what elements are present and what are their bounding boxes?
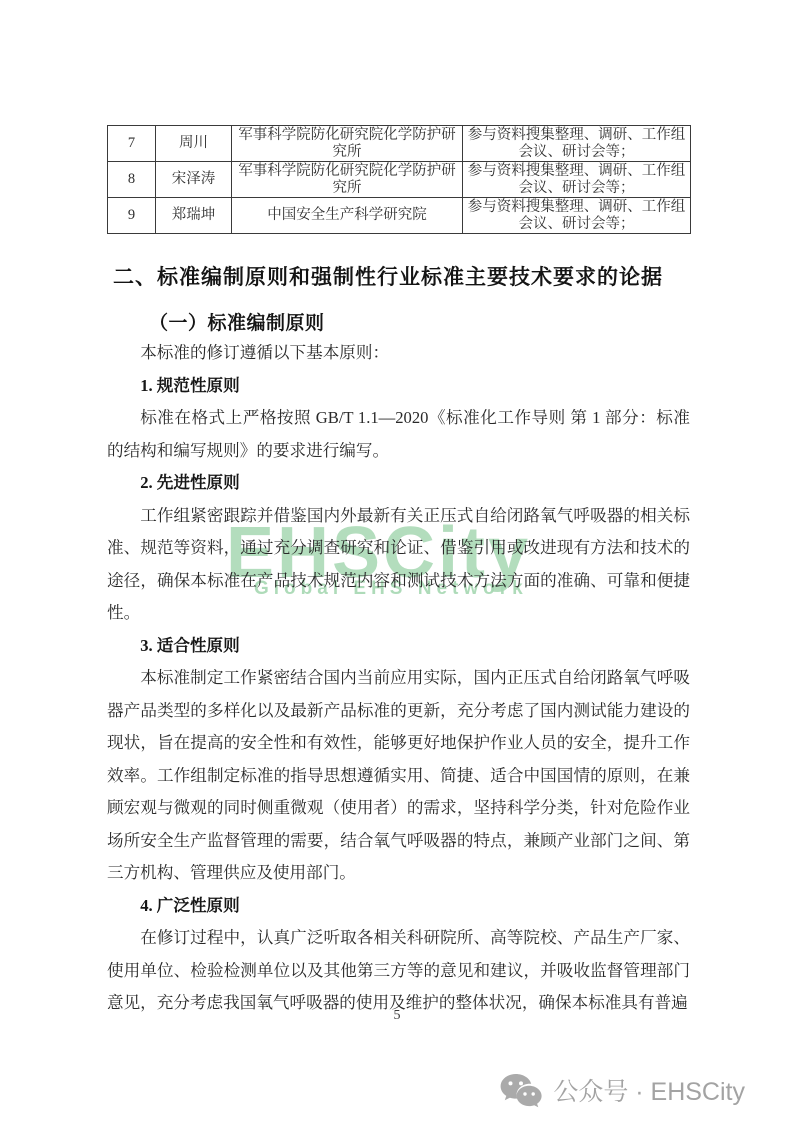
- organization-cell: 军事科学院防化研究院化学防护研究所: [232, 126, 463, 162]
- organization-cell: 中国安全生产科学研究院: [232, 198, 463, 234]
- row-number-cell: 9: [108, 198, 156, 234]
- principle-2-heading: 2. 先进性原则: [107, 467, 690, 500]
- principle-3-body: 本标准制定工作紧密结合国内当前应用实际，国内正压式自给闭路氧气呼吸器产品类型的多…: [107, 662, 690, 890]
- wechat-icon: [500, 1073, 542, 1108]
- wechat-footer: 公众号 · EHSCity: [500, 1072, 745, 1108]
- member-name-cell: 郑瑞坤: [156, 198, 232, 234]
- member-name-cell: 周川: [156, 126, 232, 162]
- role-cell: 参与资料搜集整理、调研、工作组会议、研讨会等；: [463, 198, 691, 234]
- row-number-cell: 8: [108, 162, 156, 198]
- intro-paragraph: 本标准的修订遵循以下基本原则：: [107, 337, 690, 370]
- subsection-title: （一）标准编制原则: [149, 311, 690, 337]
- wechat-account-label: 公众号 · EHSCity: [553, 1072, 745, 1108]
- table-row: 8 宋泽涛 军事科学院防化研究院化学防护研究所 参与资料搜集整理、调研、工作组会…: [108, 162, 691, 198]
- principle-1-body: 标准在格式上严格按照 GB/T 1.1—2020《标准化工作导则 第 1 部分：…: [107, 402, 690, 467]
- table-row: 9 郑瑞坤 中国安全生产科学研究院 参与资料搜集整理、调研、工作组会议、研讨会等…: [108, 198, 691, 234]
- contributors-table: 7 周川 军事科学院防化研究院化学防护研究所 参与资料搜集整理、调研、工作组会议…: [107, 125, 691, 234]
- principle-4-heading: 4. 广泛性原则: [107, 890, 690, 923]
- principle-3-heading: 3. 适合性原则: [107, 630, 690, 663]
- row-number-cell: 7: [108, 126, 156, 162]
- principle-1-heading: 1. 规范性原则: [107, 370, 690, 403]
- role-cell: 参与资料搜集整理、调研、工作组会议、研讨会等；: [463, 162, 691, 198]
- organization-cell: 军事科学院防化研究院化学防护研究所: [232, 162, 463, 198]
- role-cell: 参与资料搜集整理、调研、工作组会议、研讨会等；: [463, 126, 691, 162]
- document-page: EHSCity Global EHS Network 7 周川 军事科学院防化研…: [0, 0, 794, 1123]
- page-number: 5: [0, 1008, 794, 1024]
- principle-2-body: 工作组紧密跟踪并借鉴国内外最新有关正压式自给闭路氧气呼吸器的相关标准、规范等资料…: [107, 500, 690, 630]
- member-name-cell: 宋泽涛: [156, 162, 232, 198]
- principle-4-body: 在修订过程中，认真广泛听取各相关科研院所、高等院校、产品生产厂家、使用单位、检验…: [107, 922, 690, 1020]
- document-content: 7 周川 军事科学院防化研究院化学防护研究所 参与资料搜集整理、调研、工作组会议…: [107, 125, 690, 1020]
- section-title: 二、标准编制原则和强制性行业标准主要技术要求的论据: [113, 264, 690, 292]
- table-row: 7 周川 军事科学院防化研究院化学防护研究所 参与资料搜集整理、调研、工作组会议…: [108, 126, 691, 162]
- body-text: 本标准的修订遵循以下基本原则： 1. 规范性原则 标准在格式上严格按照 GB/T…: [107, 337, 690, 1020]
